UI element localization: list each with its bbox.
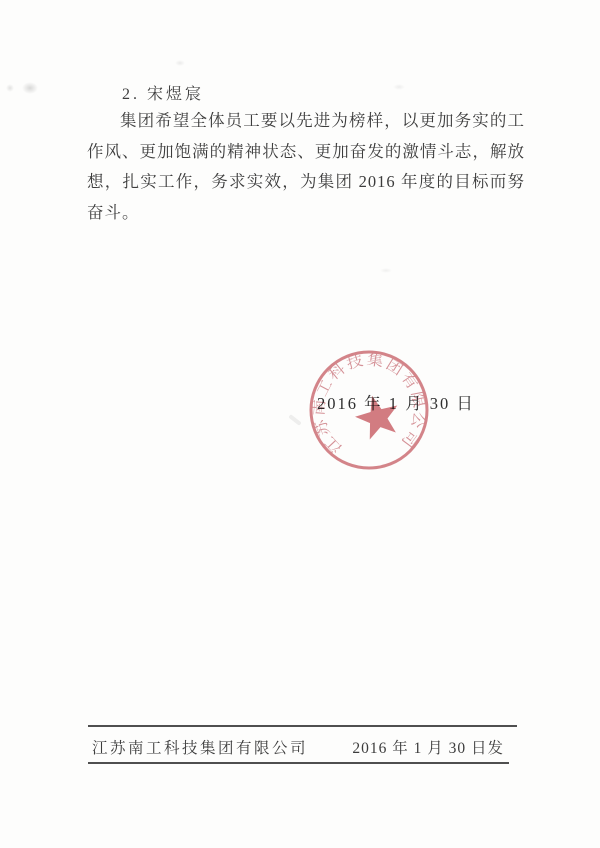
scan-smudge bbox=[288, 414, 301, 426]
scan-smudge bbox=[380, 268, 392, 273]
scan-smudge bbox=[22, 82, 38, 94]
paragraph-line: 奋斗。 bbox=[87, 198, 525, 229]
item-heading: 2. 宋煜宸 bbox=[122, 81, 204, 104]
footer-bottom-rule bbox=[88, 762, 509, 764]
scanned-document-page: 2. 宋煜宸 集团希望全体员工要以先进为榜样，以更加务实的工作 作风、更加饱满的… bbox=[0, 0, 600, 848]
footer-issuer: 江苏南工科技集团有限公司 bbox=[92, 736, 308, 758]
footer-top-rule bbox=[88, 725, 517, 727]
star-icon bbox=[351, 390, 404, 442]
company-seal: 江苏南工科技集团有限公司 bbox=[307, 348, 431, 472]
scan-smudge bbox=[6, 84, 14, 92]
company-seal-graphic: 江苏南工科技集团有限公司 bbox=[307, 348, 431, 472]
body-paragraph: 集团希望全体员工要以先进为榜样，以更加务实的工作 作风、更加饱满的精神状态、更加… bbox=[87, 106, 525, 228]
paragraph-line: 集团希望全体员工要以先进为榜样，以更加务实的工作 bbox=[87, 106, 525, 137]
footer-issue-date: 2016 年 1 月 30 日发 bbox=[299, 736, 504, 758]
paragraph-line: 作风、更加饱满的精神状态、更加奋发的激情斗志，解放思 bbox=[87, 137, 525, 168]
scan-smudge bbox=[175, 60, 185, 66]
paragraph-line: 想，扎实工作，务求实效，为集团 2016 年度的目标而努力 bbox=[87, 167, 525, 198]
scan-smudge bbox=[393, 84, 405, 90]
